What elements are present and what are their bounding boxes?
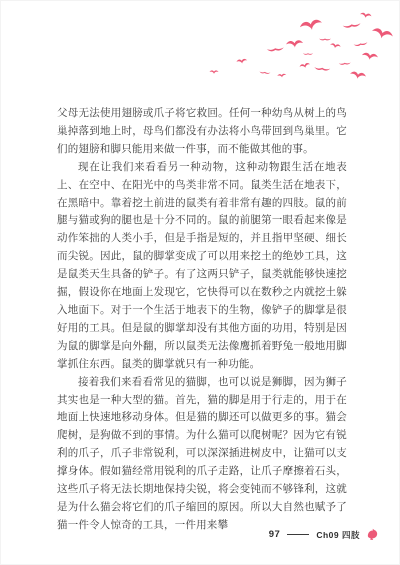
bird-silhouette-icon: [267, 47, 284, 51]
page-footer: 97 Ch09 四肢: [269, 528, 378, 541]
bird-silhouette-icon: [343, 23, 361, 28]
bird-silhouette-icon: [314, 67, 330, 71]
footer-bird-icon: [366, 528, 378, 541]
paragraph-2: 现在让我们来看看另一种动物，这种动物跟生活在地表上、在空中、在阳光中的鸟类非常不…: [57, 159, 347, 374]
bird-flock-icon: [193, 8, 393, 94]
bird-silhouette-icon: [277, 73, 286, 78]
page-text: 父母无法使用翅膀或爪子将它救回。任何一种幼鸟从树上的鸟巢掉落到地上时，母鸟们都没…: [57, 105, 347, 535]
chapter-label: Ch09 四肢: [316, 529, 360, 541]
bird-silhouette-icon: [259, 71, 270, 74]
bird-silhouette-icon: [371, 27, 393, 41]
bird-silhouette-icon: [210, 70, 219, 74]
bird-silhouette-icon: [361, 52, 378, 61]
bird-silhouette-icon: [360, 12, 372, 19]
paragraph-1: 父母无法使用翅膀或爪子将它救回。任何一种幼鸟从树上的鸟巢掉落到地上时，母鸟们都没…: [57, 105, 347, 159]
bird-silhouette-icon: [354, 42, 368, 47]
paragraph-3: 接着我们来看看常见的猫脚，也可以说是狮脚，因为狮子其实也是一种大型的猫。首先，猫…: [57, 374, 347, 535]
book-page: 父母无法使用翅膀或爪子将它救回。任何一种幼鸟从树上的鸟巢掉落到地上时，母鸟们都没…: [0, 0, 400, 565]
bird-silhouette-icon: [349, 71, 366, 80]
bird-silhouette-icon: [303, 53, 313, 55]
footer-divider-line: [287, 534, 309, 535]
bird-silhouette-icon: [299, 19, 323, 33]
page-number: 97: [269, 529, 281, 540]
bird-silhouette-icon: [339, 62, 351, 65]
bird-silhouette-icon: [299, 62, 311, 69]
bird-silhouette-icon: [286, 40, 304, 48]
bird-silhouette-icon: [236, 58, 247, 64]
bird-silhouette-icon: [319, 39, 331, 41]
bird-silhouette-icon: [330, 43, 341, 50]
